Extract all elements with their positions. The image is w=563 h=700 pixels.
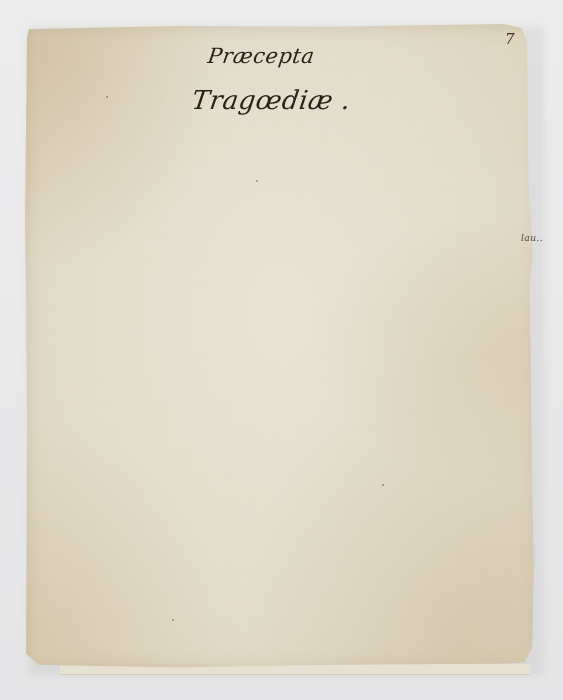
ink-speck <box>106 96 108 98</box>
ink-speck <box>382 484 384 486</box>
title-line-1: Præcepta <box>206 44 316 68</box>
ink-speck <box>256 180 258 182</box>
manuscript-page <box>24 24 540 670</box>
title-line-2: Tragœdiæ . <box>190 86 353 116</box>
margin-note: lau.. <box>521 234 543 244</box>
photo-backdrop: Præcepta Tragœdiæ . 7 lau.. <box>0 0 563 700</box>
ink-speck <box>172 619 174 621</box>
folio-number: 7 <box>505 30 515 48</box>
